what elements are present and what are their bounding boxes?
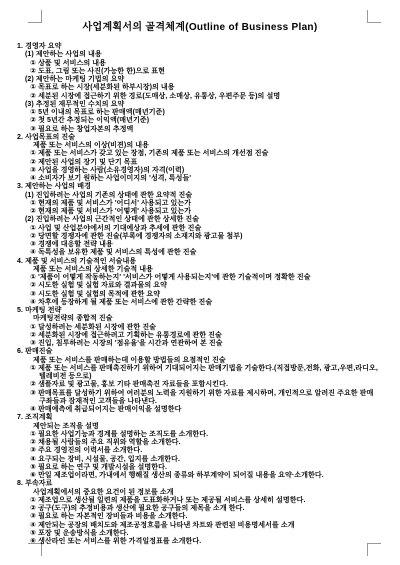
- doc-line: ① 5년 이내의 목표로 하는 판매액(매년기준): [17, 109, 395, 117]
- doc-line: ④ 판매예측에 취급되어지는 판매이익을 설명한다: [17, 406, 395, 414]
- doc-line: ③ 사업을 경영하는 사람(소유경영자)의 자격(이력): [17, 167, 395, 175]
- doc-intro-line: 제품 또는 서비스의 상세한 기술적 내용: [17, 266, 395, 274]
- section-heading-2: 2. 사업목표의 진술: [17, 134, 395, 142]
- doc-intro-line: 사업계획에서의 중요한 요건이 된 정보를 소개: [17, 489, 395, 497]
- doc-line: ② 제안된 사업의 장기 및 단기 목표: [17, 159, 395, 167]
- doc-line: ④ 차후에 등장하게 될 제품 또는 서비스에 관한 간략한 진술: [17, 299, 395, 307]
- section-heading-7: 7. 조직계획: [17, 414, 395, 422]
- section-heading-4: 4. 제품 및 서비스의 기술적인 서술내용: [17, 258, 395, 266]
- doc-line: ① 제조업으로 생산될 일련의 제품을 도표화하거나 또는 제공될 서비스를 상…: [17, 497, 395, 505]
- doc-line: ① 목표로 하는 시장(세분화된 하부시장)의 내용: [17, 84, 395, 92]
- doc-line: ④ 소비자가 보기 원하는 사업이미지의 '성격, 특성들': [17, 175, 395, 183]
- doc-line: ② 세분된 시장에 접근하기 위한 경로(도매상, 소매상, 유통상, 우편주문…: [17, 93, 395, 101]
- doc-intro-line: 제품 또는 서비스를 판매하는데 이용할 방법들의 요점적인 진술: [17, 357, 395, 365]
- doc-line: ① 제품 또는 서비스가 갖고 있는 장점, 기존의 제품 또는 서비스의 개선…: [17, 150, 395, 158]
- doc-line: ② 도표, 그림 또는 사진(가능한 한)으로 표현: [17, 68, 395, 76]
- doc-line: ② 샘플자료 및 광고물, 홍보 기타 판매촉진 자료들을 포함시킨다.: [17, 381, 395, 389]
- section-heading-1: 1. 경영자 요약: [17, 43, 395, 51]
- doc-line: ① 사업 및 산업분야에서의 기대예상과 추세에 관한 진술: [17, 225, 395, 233]
- section-heading-6: 6. 판매진술: [17, 348, 395, 356]
- doc-line: ③ 주요 경영진의 이력서를 소개한다.: [17, 447, 395, 455]
- doc-intro-line: 마케팅전략의 종합적 진술: [17, 315, 395, 323]
- doc-line: ② 시도한 실험 및 실험 자료와 결과물의 요약: [17, 282, 395, 290]
- section-heading-5: 5. 마케팅 전략: [17, 307, 395, 315]
- doc-line: ③ 판매목표를 달성하기 위하여 여러분의 노력을 지원하기 위한 자료를 제시…: [17, 390, 395, 407]
- doc-line: ② 현재의 제품 및 서비스가 '어떻게' 사용되고 있는가: [17, 208, 395, 216]
- doc-line: (2) 진입하려는 사업의 근간적인 상태에 관한 상세한 진술: [17, 216, 395, 224]
- doc-line: ② 세분화된 시장에 접근하려고 기획하는 유통경로에 관한 진술: [17, 332, 395, 340]
- document-body: 1. 경영자 요약(1) 제안하는 사업의 내용① 상품 및 서비스의 내용② …: [17, 43, 395, 546]
- doc-line: ② 공구(도구)의 추정비용과 생산에 필요한 공구들의 제목을 소개 한다.: [17, 505, 395, 513]
- doc-line: (1) 진입하려는 사업의 기존의 상태에 관한 요약적 진술: [17, 192, 395, 200]
- doc-line: ③ 진입, 침투하려는 시장의 '점유율'을 시간과 연관하여 본 진술: [17, 340, 395, 348]
- doc-line: (3) 추정된 재무적인 수치의 요약: [17, 101, 395, 109]
- doc-line: ④ 제안되는 공장의 배치도와 제조공정흐름을 나타낸 차트와 관련된 비용명세…: [17, 522, 395, 530]
- doc-line: ⑥ 생산라인 또는 서비스를 위한 가격일정표를 소개한다.: [17, 538, 395, 546]
- doc-line: ③ 필요로 하는 자본적인 장비들과 비용을 소개한다.: [17, 513, 395, 521]
- doc-line: ① 상품 및 서비스의 내용: [17, 60, 395, 68]
- doc-line: ② 당면할 경쟁자에 관한 진술(부록에 경쟁자의 소재지와 광고물 첨부): [17, 233, 395, 241]
- doc-line: ① 제품 또는 서비스를 판매촉진하기 위하여 기대되어지는 판매기법을 기술한…: [17, 365, 395, 382]
- section-heading-8: 8. 부속자료: [17, 480, 395, 488]
- doc-line: ④ 요구되는 장비, 시설물, 공간, 입지를 소개한다.: [17, 456, 395, 464]
- doc-line: ③ 시도한 실험 및 실험의 목적에 관한 요약: [17, 291, 395, 299]
- doc-line: (1) 제안하는 사업의 내용: [17, 51, 395, 59]
- doc-intro-line: 제품 또는 서비스의 이상(비젼)의 내용: [17, 142, 395, 150]
- doc-line: ② 채용될 사람들의 주요 직위와 역할을 소개한다.: [17, 439, 395, 447]
- doc-line: ⑤ 포장 및 운송방식을 소개한다.: [17, 530, 395, 538]
- doc-line: ⑥ 만일 제조업이라면, 가내에서 행해질 생산의 종류와 하부계약이 되어질 …: [17, 472, 395, 480]
- doc-intro-line: 제안되는 조직을 설명: [17, 423, 395, 431]
- doc-line: ① 달성하려는 세분화된 시장에 관한 진술: [17, 324, 395, 332]
- doc-line: ⑤ 필요로 하는 연구 및 개발시설을 설명한다.: [17, 464, 395, 472]
- section-heading-3: 3. 제안하는 사업의 배경: [17, 183, 395, 191]
- doc-line: (2) 제안하는 마케팅 기법의 요약: [17, 76, 395, 84]
- doc-line: ③ 경쟁에 대응할 전략 내용: [17, 241, 395, 249]
- doc-line: ① '제품이 어떻게 작동하는지' '서비스가 어떻게 사용되는지'에 관한 기…: [17, 274, 395, 282]
- doc-line: ① 필요한 사업기능과 경계를 설명하는 조직도를 소개한다.: [17, 431, 395, 439]
- page-title: 사업계획서의 골격체계(Outline of Business Plan): [0, 18, 400, 33]
- doc-line: ② 첫 5년간 추정되는 이익액(매년기준): [17, 117, 395, 125]
- doc-line: ④ 독특성을 보유한 제품 및 서비스의 특성에 관한 진술: [17, 249, 395, 257]
- doc-line: ③ 필요로 하는 창업자본의 추정액: [17, 126, 395, 134]
- doc-line: ① 현재의 제품 및 서비스가 '어디서' 사용되고 있는가: [17, 200, 395, 208]
